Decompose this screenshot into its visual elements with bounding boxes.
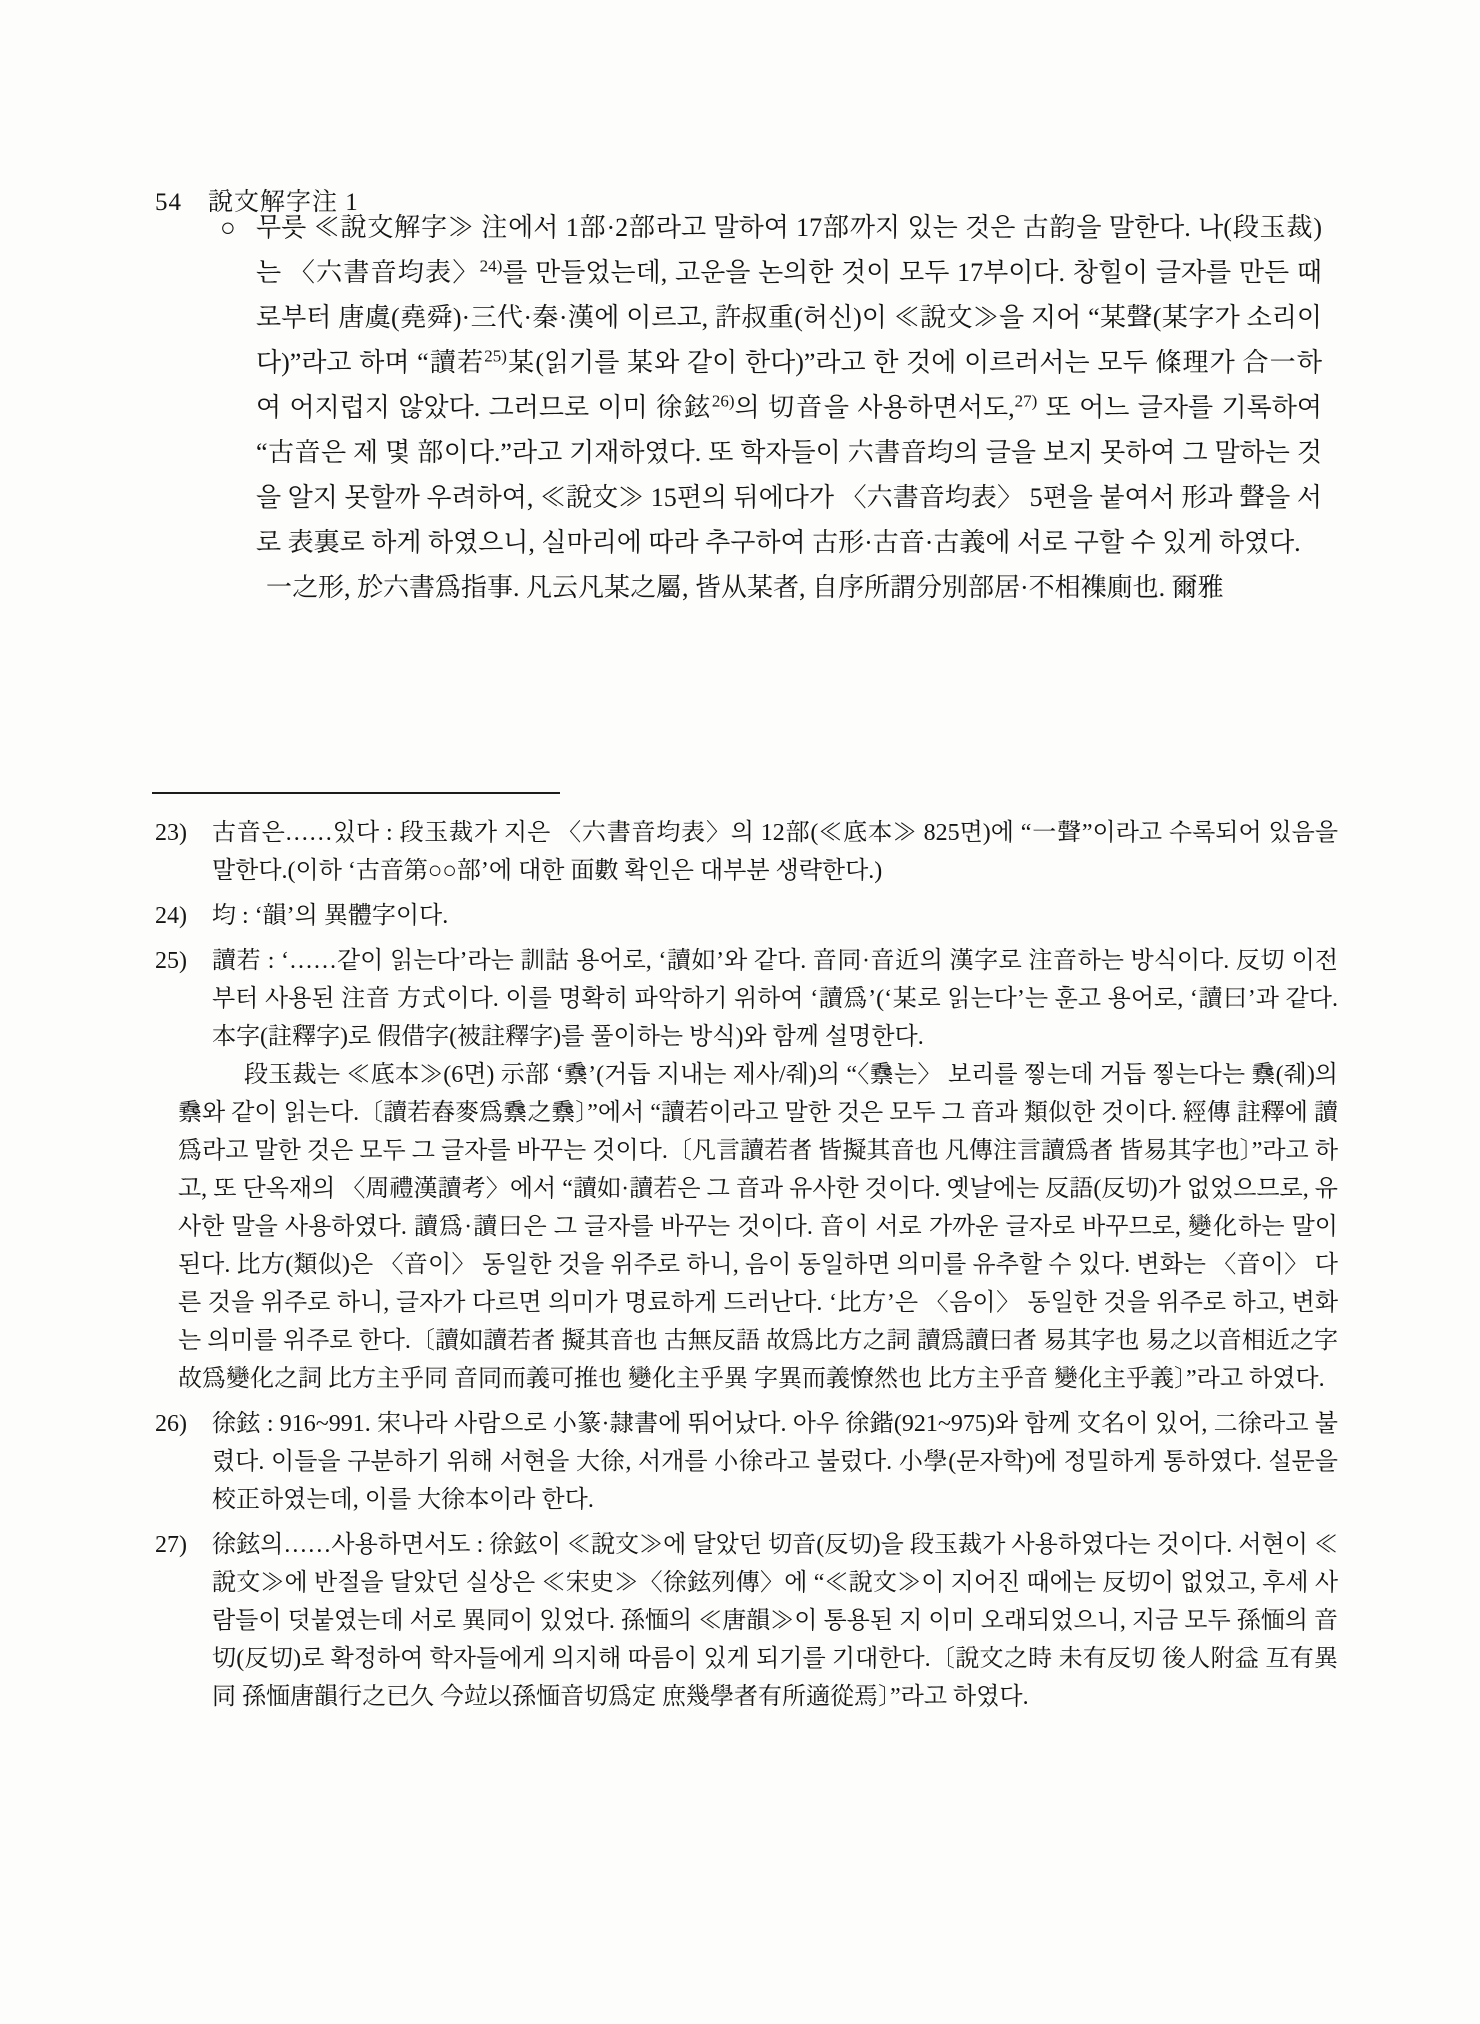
hanja-citation-line: 一之形, 於六書爲指事. 凡云凡某之屬, 皆从某者, 自序所謂分別部居·不相襍廁… [266, 565, 1322, 610]
footnote-number: 26) [155, 1405, 187, 1443]
footnote-25-second-paragraph: 段玉裁는 ≪底本≫(6면) 示部 ‘䄟’(거듭 지내는 제사/줴)의 “〈䄟는〉… [178, 1056, 1338, 1398]
footnote-text: 均 : ‘韻’의 異體字이다. [212, 903, 448, 929]
footnote-number: 24) [155, 897, 187, 935]
footnote-27: 27) 徐鉉의……사용하면서도 : 徐鉉이 ≪說文≫에 달았던 切音(反切)을 … [155, 1526, 1338, 1716]
footnotes-section: 23) 古音은……있다 : 段玉裁가 지은 〈六書音均表〉의 12部(≪底本≫ … [155, 814, 1338, 1723]
page-number: 54 [155, 189, 182, 216]
main-paragraph: ○무릇 ≪說文解字≫ 注에서 1部·2部라고 말하여 17部까지 있는 것은 古… [256, 205, 1322, 565]
footnote-number: 27) [155, 1526, 187, 1564]
footnote-text: 徐鉉 : 916~991. 宋나라 사람으로 小篆·隷書에 뛰어났다. 아우 徐… [212, 1411, 1338, 1513]
footnote-number: 25) [155, 942, 187, 980]
footnote-number: 23) [155, 814, 187, 852]
document-page: 54說文解字注 1 ○무릇 ≪說文解字≫ 注에서 1部·2部라고 말하여 17部… [0, 0, 1480, 2024]
footnote-25: 25) 讀若 : ‘……같이 읽는다’라는 訓詁 용어로, ‘讀如’와 같다. … [155, 942, 1338, 1398]
footnote-23: 23) 古音은……있다 : 段玉裁가 지은 〈六書音均表〉의 12部(≪底本≫ … [155, 814, 1338, 890]
footnote-24: 24) 均 : ‘韻’의 異體字이다. [155, 897, 1338, 935]
paragraph-text: 무릇 ≪說文解字≫ 注에서 1部·2部라고 말하여 17部까지 있는 것은 古韵… [256, 213, 1322, 557]
footnote-text: 古音은……있다 : 段玉裁가 지은 〈六書音均表〉의 12部(≪底本≫ 825면… [212, 820, 1338, 884]
main-text-block: ○무릇 ≪說文解字≫ 注에서 1部·2部라고 말하여 17部까지 있는 것은 古… [256, 205, 1322, 610]
footnote-text: 讀若 : ‘……같이 읽는다’라는 訓詁 용어로, ‘讀如’와 같다. 音同·音… [212, 948, 1338, 1050]
footnote-text: 徐鉉의……사용하면서도 : 徐鉉이 ≪說文≫에 달았던 切音(反切)을 段玉裁가… [212, 1532, 1338, 1710]
footnote-26: 26) 徐鉉 : 916~991. 宋나라 사람으로 小篆·隷書에 뛰어났다. … [155, 1405, 1338, 1519]
paragraph-bullet: ○ [220, 205, 236, 250]
footnote-separator [152, 792, 560, 794]
